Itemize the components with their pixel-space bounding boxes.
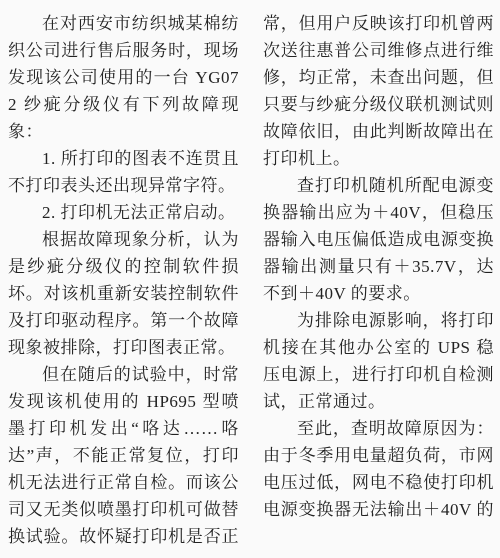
paragraph-ups-test: 为排除电源影响，将打印机接在其他办公室的 UPS 稳压电源上，进行打印机自检测试… [263,307,494,415]
paragraph-software-reinstall: 根据故障现象分析，认为是纱疵分级仪的控制软件损坏。对该机重新安装控制软件及打印驱… [8,226,239,361]
fault-item-2: 2. 打印机无法正常启动。 [8,199,239,226]
paragraph-power-check: 查打印机随机所配电源变换器输出应为＋40V，但稳压器输入电压偏低造成电源变换器输… [263,172,494,307]
fault-item-1: 1. 所打印的图表不连贯且不打印表头还出现异常字符。 [8,145,239,199]
paragraph-intro: 在对西安市纺织城某棉纺织公司进行售后服务时，现场发现该公司使用的一台 YG072… [8,10,239,145]
document-page: 在对西安市纺织城某棉纺织公司进行售后服务时，现场发现该公司使用的一台 YG072… [0,0,500,558]
text-columns: 在对西安市纺织城某棉纺织公司进行售后服务时，现场发现该公司使用的一台 YG072… [8,10,494,550]
